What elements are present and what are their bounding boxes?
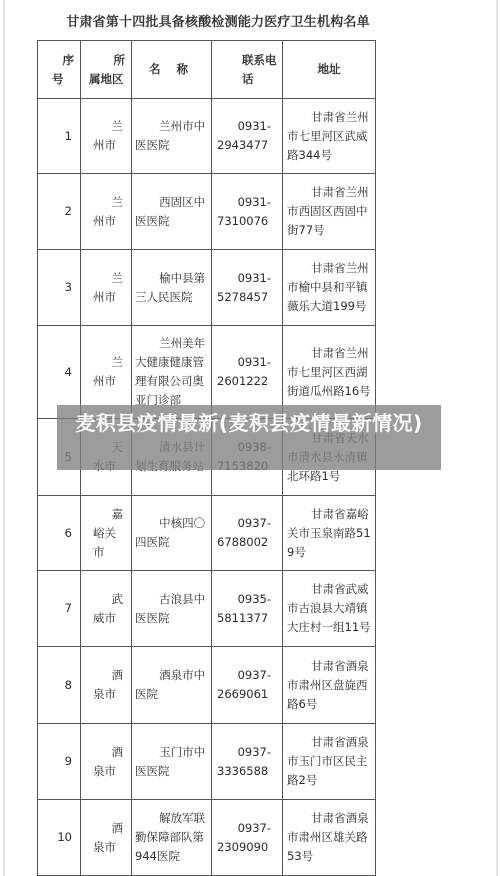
header-region: 所 属地区 — [81, 41, 132, 99]
row-phone-number: 2943477 — [212, 136, 271, 155]
header-phone-line1: 联系电 — [242, 51, 282, 70]
row-address: 甘肃省酒泉市玉门市区民主路2号 — [283, 724, 376, 800]
table-row: 3兰州市榆中县第三人民医院0931-5278457甘肃省兰州市榆中县和平镇薇乐大… — [38, 250, 376, 326]
table-row: 10酒泉市解放军联勤保障部队第944医院0937-2309090甘肃省酒泉市肃州… — [38, 800, 376, 876]
header-index-line2: 号 — [38, 70, 74, 89]
row-phone-area-code: 0935- — [212, 590, 271, 609]
row-region-line2: 峪关市 — [87, 524, 123, 562]
row-region-line1: 嘉 — [87, 505, 123, 524]
row-phone-area-code: 0931- — [212, 353, 271, 372]
row-institution-name: 酒泉市中医院 — [132, 647, 212, 724]
row-region-line1: 兰 — [87, 193, 123, 212]
row-region: 嘉峪关市 — [81, 496, 132, 571]
document-title: 甘肃省第十四批具备核酸检测能力医疗卫生机构名单 — [0, 11, 436, 30]
row-region: 酒泉市 — [81, 724, 132, 800]
table-row: 7武威市古浪县中医医院0935-5811377甘肃省武威市古浪县大靖镇大庄村一组… — [38, 571, 376, 647]
row-phone: 0931-7310076 — [212, 174, 283, 250]
row-region-line1: 酒 — [87, 666, 123, 685]
row-region: 兰州市 — [81, 250, 132, 326]
header-address: 地址 — [283, 41, 376, 99]
header-name: 名 称 — [132, 41, 212, 99]
row-phone: 0931-2943477 — [212, 99, 283, 174]
row-phone-area-code: 0931- — [212, 193, 271, 212]
row-phone: 0937-2309090 — [212, 800, 283, 876]
row-phone-number: 2669061 — [212, 685, 271, 704]
row-region-line1: 酒 — [87, 819, 123, 838]
row-institution-name: 解放军联勤保障部队第944医院 — [132, 800, 212, 876]
row-address: 甘肃省兰州市榆中县和平镇薇乐大道199号 — [283, 250, 376, 326]
row-phone-area-code: 0931- — [212, 269, 271, 288]
row-region: 酒泉市 — [81, 800, 132, 876]
row-region-line2: 州市 — [87, 212, 123, 231]
row-region-line1: 兰 — [87, 269, 123, 288]
row-phone-area-code: 0937- — [212, 819, 271, 838]
row-region-line2: 泉市 — [87, 838, 123, 857]
row-phone: 0937-2669061 — [212, 647, 283, 724]
row-index: 8 — [38, 647, 81, 724]
row-institution-name: 西固区中医医院 — [132, 174, 212, 250]
row-region-line2: 威市 — [87, 609, 123, 628]
row-region-line1: 酒 — [87, 743, 123, 762]
header-region-line2: 属地区 — [81, 70, 125, 89]
row-phone-area-code: 0937- — [212, 743, 271, 762]
row-region-line2: 泉市 — [87, 685, 123, 704]
row-institution-name: 兰州市中医医院 — [132, 99, 212, 174]
row-region-line2: 州市 — [87, 372, 123, 391]
row-region: 酒泉市 — [81, 647, 132, 724]
page-edge-left — [3, 0, 5, 876]
row-region-line1: 兰 — [87, 117, 123, 136]
table-row: 2兰州市西固区中医医院0931-7310076甘肃省兰州市西固区西固中街77号 — [38, 174, 376, 250]
header-index-line1: 序 — [38, 51, 74, 70]
row-address: 甘肃省酒泉市肃州区盘旋西路6号 — [283, 647, 376, 724]
row-region-line2: 州市 — [87, 136, 123, 155]
table-row: 8酒泉市酒泉市中医院0937-2669061甘肃省酒泉市肃州区盘旋西路6号 — [38, 647, 376, 724]
row-phone-number: 5811377 — [212, 609, 271, 628]
row-phone-area-code: 0937- — [212, 666, 271, 685]
row-index: 10 — [38, 800, 81, 876]
row-region-line1: 兰 — [87, 353, 123, 372]
table-row: 6嘉峪关市中核四〇四医院0937-6788002甘肃省嘉峪关市玉泉南路519号 — [38, 496, 376, 571]
row-region-line1: 武 — [87, 590, 123, 609]
row-index: 3 — [38, 250, 81, 326]
row-phone: 0931-5278457 — [212, 250, 283, 326]
row-phone-number: 2309090 — [212, 838, 271, 857]
row-index: 9 — [38, 724, 81, 800]
row-phone-number: 6788002 — [212, 533, 271, 552]
row-institution-name: 榆中县第三人民医院 — [132, 250, 212, 326]
row-phone-number: 2601222 — [212, 372, 271, 391]
page-edge-right — [496, 0, 498, 876]
row-phone-number: 5278457 — [212, 288, 271, 307]
row-region: 武威市 — [81, 571, 132, 647]
row-phone-number: 3336588 — [212, 762, 271, 781]
row-phone-area-code: 0937- — [212, 514, 271, 533]
row-address: 甘肃省武威市古浪县大靖镇大庄村一组11号 — [283, 571, 376, 647]
row-address: 甘肃省兰州市七里河区武威路344号 — [283, 99, 376, 174]
header-index: 序 号 — [38, 41, 81, 99]
headline-overlay-banner: 麦积县疫情最新(麦积县疫情最新情况) — [57, 405, 441, 470]
table-row: 9酒泉市玉门市中医医院0937-3336588甘肃省酒泉市玉门市区民主路2号 — [38, 724, 376, 800]
row-region: 兰州市 — [81, 174, 132, 250]
row-phone: 0937-6788002 — [212, 496, 283, 571]
row-region-line2: 州市 — [87, 288, 123, 307]
row-index: 2 — [38, 174, 81, 250]
header-phone-line2: 话 — [242, 70, 282, 89]
row-address: 甘肃省酒泉市肃州区雄关路53号 — [283, 800, 376, 876]
row-phone-area-code: 0931- — [212, 117, 271, 136]
row-index: 7 — [38, 571, 81, 647]
row-index: 1 — [38, 99, 81, 174]
header-phone: 联系电 话 — [212, 41, 283, 99]
row-address: 甘肃省嘉峪关市玉泉南路519号 — [283, 496, 376, 571]
table-row: 1兰州市兰州市中医医院0931-2943477甘肃省兰州市七里河区武威路344号 — [38, 99, 376, 174]
row-phone: 0935-5811377 — [212, 571, 283, 647]
row-region-line2: 泉市 — [87, 762, 123, 781]
row-phone: 0937-3336588 — [212, 724, 283, 800]
row-phone-number: 7310076 — [212, 212, 271, 231]
row-institution-name: 中核四〇四医院 — [132, 496, 212, 571]
row-institution-name: 古浪县中医医院 — [132, 571, 212, 647]
row-institution-name: 玉门市中医医院 — [132, 724, 212, 800]
table-header-row: 序 号 所 属地区 名 称 联系电 话 地址 — [38, 41, 376, 99]
row-region: 兰州市 — [81, 99, 132, 174]
row-index: 6 — [38, 496, 81, 571]
row-address: 甘肃省兰州市西固区西固中街77号 — [283, 174, 376, 250]
header-region-line1: 所 — [81, 51, 125, 70]
